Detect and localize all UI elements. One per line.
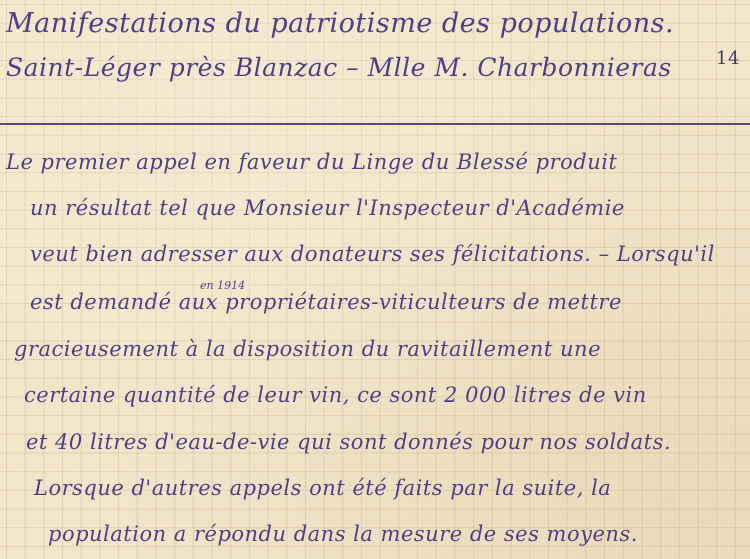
page-number: 14 [716,48,740,69]
header-divider [0,123,750,125]
body-line: certaine quantité de leur vin, ce sont 2… [24,383,647,407]
body-line: veut bien adresser aux donateurs ses fél… [30,242,715,266]
body-line: Lorsque d'autres appels ont été faits pa… [34,476,611,500]
body-line: population a répondu dans la mesure de s… [48,522,638,546]
document-subtitle: Saint-Léger près Blanzac – Mlle M. Charb… [6,53,672,82]
document-title: Manifestations du patriotisme des popula… [6,8,674,39]
body-line: un résultat tel que Monsieur l'Inspecteu… [30,196,625,220]
body-line: et 40 litres d'eau-de-vie qui sont donné… [26,430,671,454]
body-line: est demandé aux propriétaires-viticulteu… [30,290,622,314]
body-line: Le premier appel en faveur du Linge du B… [6,150,617,174]
body-line: gracieusement à la disposition du ravita… [14,337,601,361]
